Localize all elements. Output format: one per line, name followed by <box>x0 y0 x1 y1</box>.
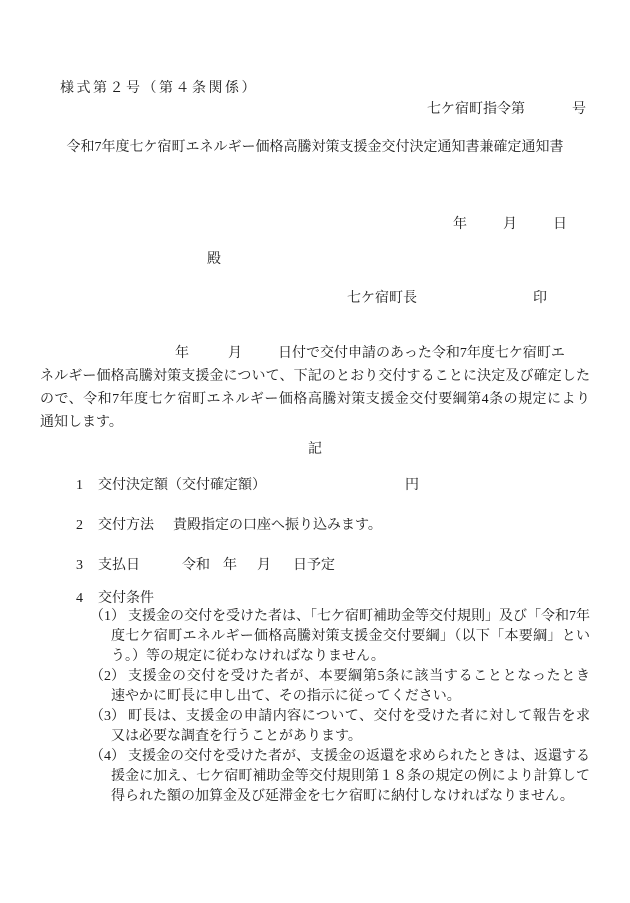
document-page: 様式第２号（第４条関係） 七ケ宿町指令第 号 令和7年度七ケ宿町エネルギー価格高… <box>0 0 630 903</box>
body-paragraph-line-4: 通知します。 <box>40 414 123 431</box>
item-3-month-label: 月 <box>257 557 271 574</box>
seal-mark: 印 <box>533 290 547 307</box>
body-paragraph-line-3: ので、令和7年度七ケ宿町エネルギー価格高騰対策支援金交付要綱第4条の規定により <box>40 391 590 408</box>
condition-3-line-2: 又は必要な調査を行うことがあります。 <box>111 728 362 745</box>
body-paragraph-line-1: 年 月 日付で交付申請のあった令和7年度七ケ宿町エ <box>0 345 630 362</box>
doc-title: 令和7年度七ケ宿町エネルギー価格高騰対策支援金交付決定通知書兼確定通知書 <box>0 139 630 156</box>
addressee-honorific: 殿 <box>207 251 221 268</box>
item-4-grant-conditions: 4 交付条件 <box>0 590 630 607</box>
directive-suffix: 号 <box>572 101 586 118</box>
issuer-title: 七ケ宿町長 <box>347 290 417 307</box>
condition-2-line-1: 支援金の交付を受けた者が、本要綱第5条に該当することとなったときは、 <box>128 668 590 685</box>
body-year-label: 年 <box>175 345 189 362</box>
condition-1-line-2: 度七ケ宿町エネルギー価格高騰対策支援金交付要綱」（以下「本要綱」とい <box>111 628 590 645</box>
condition-1-line-3: う。）等の規定に従わなければなりません。 <box>111 648 385 665</box>
item-3-day-label: 日予定 <box>293 557 335 574</box>
issue-date-day-label: 日 <box>553 216 567 233</box>
condition-3-line-1: 町長は、支援金の申請内容について、交付を受けた者に対して報告を求め、 <box>128 708 590 725</box>
item-1-number: 1 <box>76 477 83 494</box>
item-2-value: 貴殿指定の口座へ振り込みます。 <box>173 517 382 534</box>
condition-4-line-1: 支援金の交付を受けた者が、支援金の返還を求められたときは、返還する支 <box>128 748 590 765</box>
condition-4-marker: （4） <box>90 748 125 765</box>
condition-1-line-1: 支援金の交付を受けた者は、「七ケ宿町補助金等交付規則」及び「令和7年 <box>128 608 590 625</box>
condition-2-line-2: 速やかに町長に申し出て、その指示に従ってください。 <box>111 688 461 705</box>
item-2-number: 2 <box>76 517 83 534</box>
issue-date-line: 年 月 日 <box>0 216 630 233</box>
item-1-label: 交付決定額（交付確定額） <box>98 477 266 494</box>
item-4-label: 交付条件 <box>98 590 154 607</box>
item-4-number: 4 <box>76 590 83 607</box>
item-2-label: 交付方法 <box>98 517 154 534</box>
condition-2-marker: （2） <box>90 668 125 685</box>
item-3-label: 支払日 <box>98 557 140 574</box>
condition-3-marker: （3） <box>90 708 125 725</box>
body-paragraph-line-2: ネルギー価格高騰対策支援金について、下記のとおり交付することに決定及び確定した <box>40 368 590 385</box>
body-month-label: 月 <box>228 345 242 362</box>
item-1-unit-yen: 円 <box>405 477 419 494</box>
form-number: 様式第２号（第４条関係） <box>60 80 258 97</box>
directive-prefix: 七ケ宿町指令第 <box>427 101 525 118</box>
record-heading: 記 <box>0 441 630 458</box>
issue-date-year-label: 年 <box>453 216 467 233</box>
item-3-payment-date: 3 支払日 令和 年 月 日予定 <box>0 557 630 574</box>
item-3-number: 3 <box>76 557 83 574</box>
condition-4-line-3: 得られた額の加算金及び延滞金を七ケ宿町に納付しなければなりません。 <box>111 788 574 805</box>
item-1-grant-amount: 1 交付決定額（交付確定額） 円 <box>0 477 630 494</box>
condition-1-marker: （1） <box>90 608 125 625</box>
body-line1-text: 日付で交付申請のあった令和7年度七ケ宿町エ <box>278 345 565 362</box>
issuer-line: 七ケ宿町長 印 <box>0 290 630 307</box>
issue-date-month-label: 月 <box>503 216 517 233</box>
item-2-payment-method: 2 交付方法 貴殿指定の口座へ振り込みます。 <box>0 517 630 534</box>
item-3-era-label: 令和 <box>182 557 210 574</box>
directive-number-line: 七ケ宿町指令第 号 <box>0 101 630 118</box>
item-3-year-label: 年 <box>223 557 237 574</box>
condition-4-line-2: 援金に加え、七ケ宿町補助金等交付規則第１８条の規定の例により計算して <box>111 768 590 785</box>
